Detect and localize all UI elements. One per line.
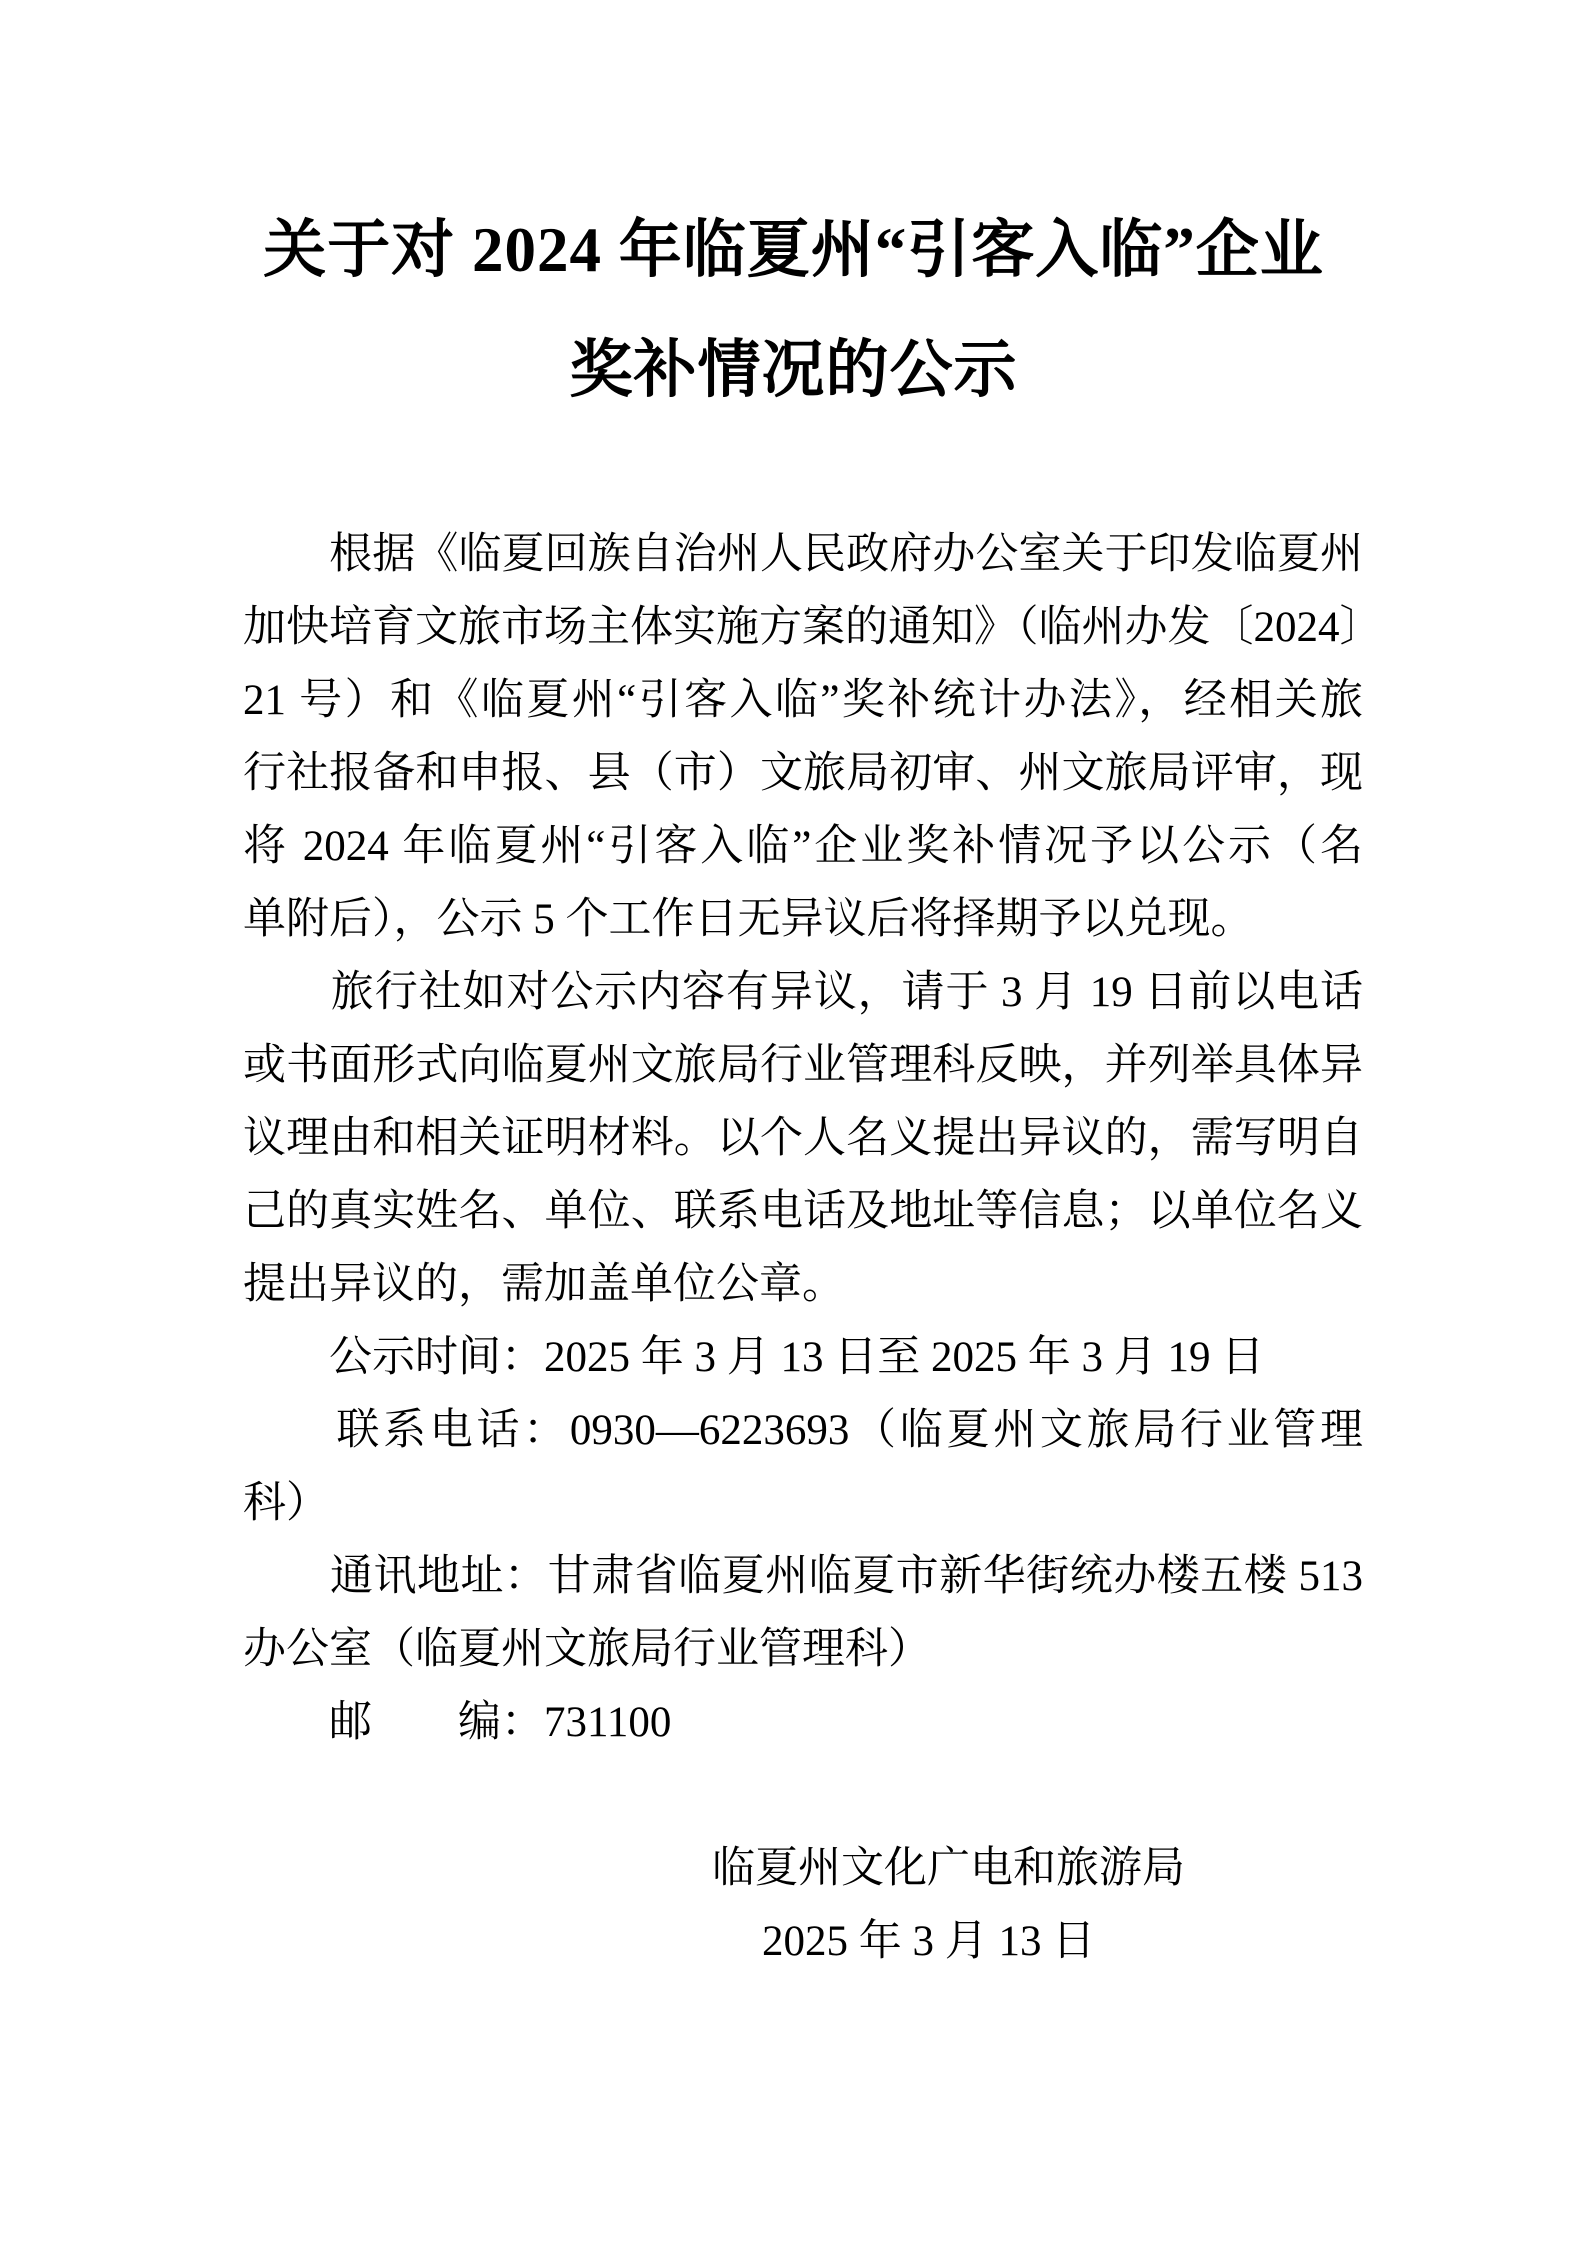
issuer-signature: 临夏州文化广电和旅游局 xyxy=(243,1832,1363,1905)
paragraph-basis: 根据《临夏回族自治州人民政府办公室关于印发临夏州 加快培育文旅市场主体实施方案的… xyxy=(243,518,1363,956)
body-line: 议理由和相关证明材料。以个人名义提出异议的，需写明自 xyxy=(243,1102,1363,1175)
document-title-line-1: 关于对 2024 年临夏州“引客入临”企业 xyxy=(0,190,1587,310)
postal-code-line: 邮 编：731100 xyxy=(243,1686,1363,1759)
signature-spacer xyxy=(243,1759,1363,1832)
contact-phone-line: 科） xyxy=(243,1467,1363,1540)
paragraph-objection: 旅行社如对公示内容有异议，请于 3 月 19 日前以电话 或书面形式向临夏州文旅… xyxy=(243,956,1363,1321)
document-body: 根据《临夏回族自治州人民政府办公室关于印发临夏州 加快培育文旅市场主体实施方案的… xyxy=(243,518,1363,1978)
body-line: 提出异议的，需加盖单位公章。 xyxy=(243,1248,1363,1321)
body-line: 根据《临夏回族自治州人民政府办公室关于印发临夏州 xyxy=(243,518,1363,591)
body-line: 或书面形式向临夏州文旅局行业管理科反映，并列举具体异 xyxy=(243,1029,1363,1102)
document-page: 关于对 2024 年临夏州“引客入临”企业 奖补情况的公示 根据《临夏回族自治州… xyxy=(0,0,1587,2245)
document-title: 关于对 2024 年临夏州“引客入临”企业 奖补情况的公示 xyxy=(0,0,1587,430)
body-line: 单附后），公示 5 个工作日无异议后将择期予以兑现。 xyxy=(243,883,1363,956)
body-line: 己的真实姓名、单位、联系电话及地址等信息；以单位名义 xyxy=(243,1175,1363,1248)
body-line: 21 号）和《临夏州“引客入临”奖补统计办法》，经相关旅 xyxy=(243,664,1363,737)
document-title-line-2: 奖补情况的公示 xyxy=(0,310,1587,430)
paragraph-postal-code: 邮 编：731100 xyxy=(243,1686,1363,1759)
paragraph-contact-phone: 联系电话：0930—6223693（临夏州文旅局行业管理 科） xyxy=(243,1394,1363,1540)
publicity-period-line: 公示时间：2025 年 3 月 13 日至 2025 年 3 月 19 日 xyxy=(243,1321,1363,1394)
body-line: 行社报备和申报、县（市）文旅局初审、州文旅局评审，现 xyxy=(243,737,1363,810)
postal-address-line: 办公室（临夏州文旅局行业管理科） xyxy=(243,1613,1363,1686)
postal-address-line: 通讯地址：甘肃省临夏州临夏市新华街统办楼五楼 513 xyxy=(243,1540,1363,1613)
body-line: 加快培育文旅市场主体实施方案的通知》（临州办发〔2024〕 xyxy=(243,591,1363,664)
body-line: 旅行社如对公示内容有异议，请于 3 月 19 日前以电话 xyxy=(243,956,1363,1029)
body-line: 将 2024 年临夏州“引客入临”企业奖补情况予以公示（名 xyxy=(243,810,1363,883)
paragraph-postal-address: 通讯地址：甘肃省临夏州临夏市新华街统办楼五楼 513 办公室（临夏州文旅局行业管… xyxy=(243,1540,1363,1686)
paragraph-publicity-period: 公示时间：2025 年 3 月 13 日至 2025 年 3 月 19 日 xyxy=(243,1321,1363,1394)
issue-date: 2025 年 3 月 13 日 xyxy=(243,1905,1363,1978)
contact-phone-line: 联系电话：0930—6223693（临夏州文旅局行业管理 xyxy=(243,1394,1363,1467)
